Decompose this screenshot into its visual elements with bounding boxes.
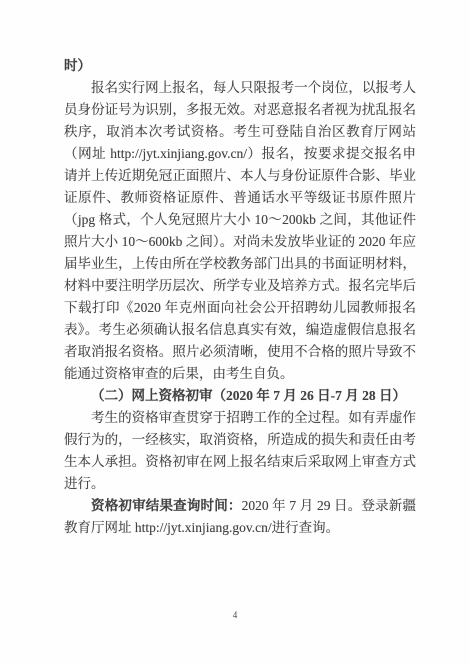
paragraph-qualification-review: 考生的资格审查贯穿于招聘工作的全过程。如有弄虚作假行为的，一经核实，取消资格，所…	[64, 407, 416, 495]
section-heading-online-review: （二）网上资格初审（2020 年 7 月 26 日-7 月 28 日）	[64, 385, 416, 407]
page-number: 4	[0, 609, 470, 621]
result-query-time-label: 资格初审结果查询时间：	[91, 498, 242, 513]
paragraph-result-query: 资格初审结果查询时间：2020 年 7 月 29 日。登录新疆教育厅网址 htt…	[64, 495, 416, 539]
paragraph-registration: 报名实行网上报名，每人只限报考一个岗位，以报考人员身份证号为识别，多报无效。对恶…	[64, 77, 416, 385]
document-page: 时） 报名实行网上报名，每人只限报考一个岗位，以报考人员身份证号为识别，多报无效…	[0, 0, 470, 664]
carryover-line: 时）	[64, 55, 416, 77]
document-body: 时） 报名实行网上报名，每人只限报考一个岗位，以报考人员身份证号为识别，多报无效…	[64, 55, 416, 539]
